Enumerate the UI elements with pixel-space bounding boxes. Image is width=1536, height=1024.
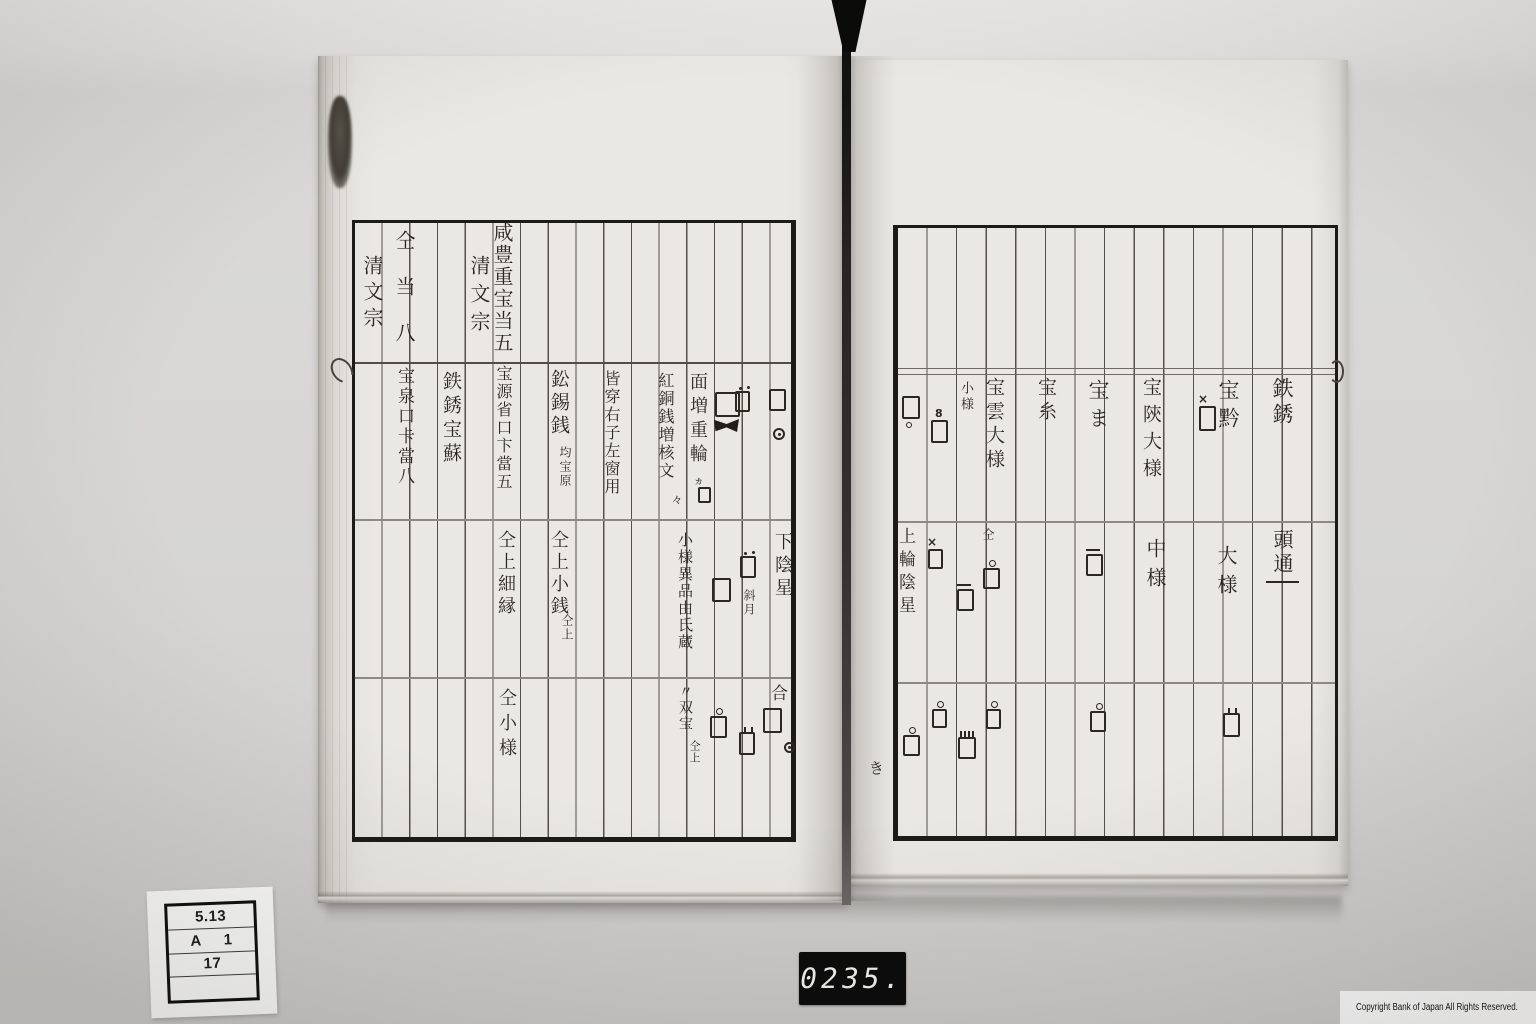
- left-table: [352, 220, 796, 842]
- table-divider: [898, 368, 1335, 375]
- label-cell: A: [190, 932, 202, 949]
- book-clamp-icon: [826, 0, 872, 52]
- table-divider: [355, 677, 791, 679]
- call-number-table: 5.13A117: [164, 900, 260, 1003]
- table-divider: [898, 682, 1335, 684]
- label-cell: 1: [223, 931, 232, 948]
- table-divider: [355, 519, 791, 521]
- table-divider: [898, 521, 1335, 523]
- counter-digits: 0235.: [797, 962, 907, 995]
- label-row: 17: [169, 951, 256, 978]
- label-row: A1: [168, 927, 255, 954]
- right-table: [893, 225, 1338, 841]
- label-row: [170, 975, 257, 1001]
- photo: 清文宗仝当八清文宗咸豊重宝当五宝泉口卡當八鉄銹宝蘇宝源省口卞當五鈆錫銭均宝原皆穿…: [0, 0, 1536, 1024]
- binding-cord: [842, 44, 851, 905]
- frame-counter: 0235.: [799, 952, 906, 1005]
- table-divider: [355, 362, 791, 364]
- spine-stamp-icon: [328, 96, 352, 188]
- call-number-label: 5.13A117: [147, 887, 278, 1019]
- copyright-text: Copyright Bank of Japan All Rights Reser…: [1340, 1002, 1518, 1013]
- copyright-strip: Copyright Bank of Japan All Rights Reser…: [1340, 991, 1536, 1024]
- label-cell: 17: [203, 955, 221, 973]
- label-row: 5.13: [167, 903, 254, 930]
- label-cell: 5.13: [195, 907, 227, 925]
